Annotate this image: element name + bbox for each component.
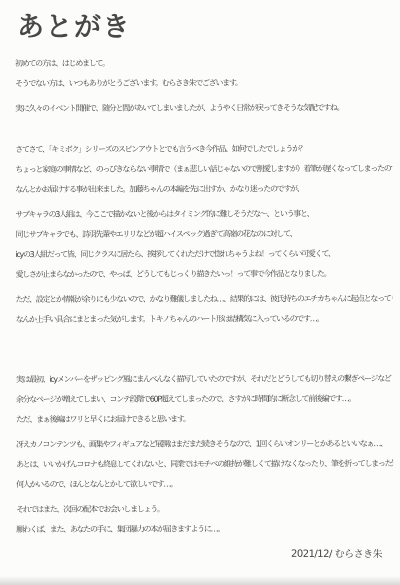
afterword-line: そうでない方は、いつもありがとうございます。むらさき朱でございます。: [15, 73, 392, 94]
afterword-line: 何人かいるので、ほんとなんとかして欲しいです…。: [16, 474, 393, 495]
afterword-line: ただ、まぁ後編はワリと早くにお届けできると思います。: [16, 409, 393, 430]
afterword-line: 願わくば、また、あなたの手に、集団暴力の本が届きますように…。: [16, 519, 393, 540]
afterword-line: 愛しさが止まらなかったので、やっぱ、どうしてもじっくり描きたいっ！って事で今作品…: [16, 264, 393, 285]
afterword-line: 初めての方は、はじめまして。: [15, 53, 392, 74]
afterword-line: ちょっと家庭の事情など、のっぴきならない事情で（まぁ悲しい話じゃないので割愛しま…: [15, 159, 392, 180]
afterword-body: 初めての方は、はじめまして。 そうでない方は、いつもありがとうございます。むらさ…: [15, 53, 393, 540]
afterword-line: それではまた、次回の配本でお会いしましょう。: [16, 499, 393, 520]
afterword-line: なんか上手い具合にまとまった気がします。トキノちゃんのハート形は結構気に入ってい…: [16, 309, 393, 330]
signature-date: 2021/12/ むらさき朱: [291, 545, 382, 560]
afterword-line: サブキャラの3人組は、今ここで描かないと後からはタイミング的に難しそうだな～、と…: [15, 204, 392, 225]
page-title: あとがき: [17, 5, 131, 44]
afterword-line: さてさて、「キミボク」シリーズのスピンアウトとでも言うべき今作品、如何でしたでし…: [15, 139, 392, 160]
afterword-line: 実に久々のイベント開催で、随分と間があいてしまいましたが、ようやく日常が戻ってき…: [15, 98, 392, 119]
afterword-page: あとがき 初めての方は、はじめまして。 そうでない方は、いつもありがとうございま…: [0, 0, 400, 585]
afterword-line: icyの3人組だって皆、同じクラスに居たら、挨拶してくれただけで惚れちゃうよね！…: [16, 244, 393, 265]
afterword-line: 冴えカノコンテンツも、画集やフィギュアなど展開はまだまだ続きそうなので、1回くら…: [16, 434, 393, 455]
afterword-line: 実は最初、icyメンバーをザッピング風にまんべんなく描写していたのですが、それだ…: [16, 369, 393, 390]
afterword-line: ただ、設定とか情報が余りにも少ないので、かなり難儀しましたね…、結果的には、彼氏…: [16, 289, 393, 310]
afterword-line: なんとかお届けする事が出来ました。加藤ちゃんの本編を先に出すか、かなり迷ったので…: [15, 179, 392, 200]
afterword-line: あとは、いいかげんコロナも終息してくれないと、同業ではモチベの維持が難しくて描け…: [16, 454, 393, 475]
afterword-line: 余分なページが増えてしまい、コンテ段階で60P超えてしまったので、さすがに時間的…: [16, 389, 393, 410]
afterword-line: 同じサブキャラでも、詩羽先輩やエリリなどが超ハイスペック過ぎて高嶺の花なのに対し…: [15, 224, 392, 245]
